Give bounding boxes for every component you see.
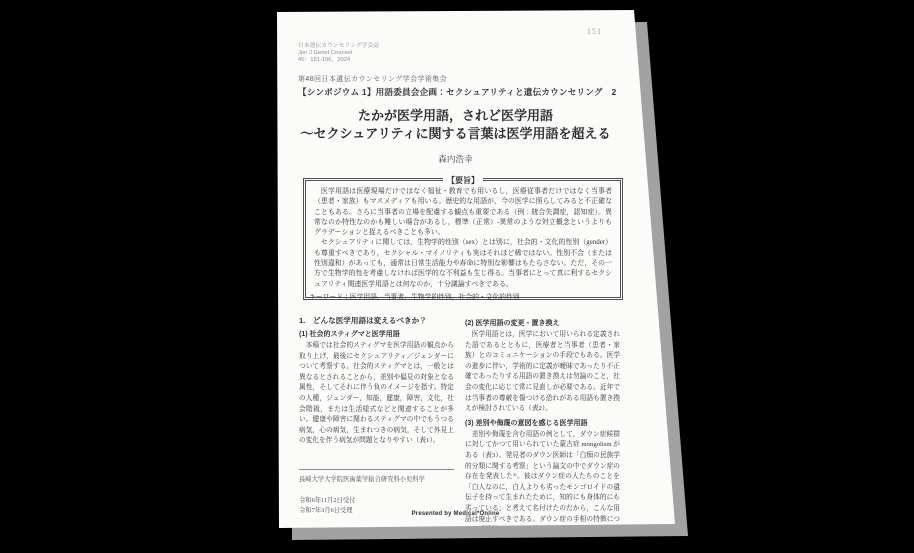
journal-volume-pages: 45：151-156，2024 xyxy=(298,57,379,64)
abstract-label: 【要旨】 xyxy=(443,175,483,186)
keywords-line: キーワード：医学用語，当事者，生物学的性別，社会的・文化的性別 xyxy=(309,291,609,301)
left-column: 1. どんな医学用語は変えるべきか？ (1) 社会的スティグマと医学用語 本稿で… xyxy=(299,315,454,528)
received-date: 令和6年11月2日受付 xyxy=(299,496,454,506)
subsection-heading-3: (3) 差別や侮蔑の意図を感じる医学用語 xyxy=(465,418,620,428)
photo-canvas: { "page": { "number": "151", "footer": "… xyxy=(0,0,914,553)
abstract-paragraph-1: 医学用語は医療現場だけではなく福祉・教育でも用いるし，医療従事者だけではなく当事… xyxy=(314,187,612,238)
abstract-box: 【要旨】 医学用語は医療現場だけではなく福祉・教育でも用いるし，医療従事者だけで… xyxy=(303,178,623,300)
journal-name-en: Jpn J Genet Counsel xyxy=(298,50,379,57)
meeting-name: 第48回日本遺伝カウンセリング学会学術集会 xyxy=(298,74,447,84)
subsection-heading-2: (2) 医学用語の変更・置き換え xyxy=(465,318,620,328)
right-column-paragraph-1: 医学用語とは，医学において用いられる定義された語であるとともに，医療者と当事者（… xyxy=(465,330,620,415)
article-title-line1: たかが医学用語，されど医学用語 xyxy=(277,107,634,125)
affiliation-footnote: 長崎大学大学院医歯薬学総合研究科小児科学 令和6年11月2日受付 令和7年3月6… xyxy=(299,469,454,516)
left-column-paragraph: 本稿では社会的スティグマを医学用語の観点から取り上げ，最後にセクシュアリティ／ジ… xyxy=(299,341,454,447)
right-column: (2) 医学用語の変更・置き換え 医学用語とは，医学において用いられる定義された… xyxy=(465,315,620,528)
page-number: 151 xyxy=(587,27,602,36)
scanned-paper-page: 151 日本遺伝カウンセリング学会誌 Jpn J Genet Counsel 4… xyxy=(277,10,675,528)
subsection-heading-1: (1) 社会的スティグマと医学用語 xyxy=(299,329,454,339)
article-title-line2: ～セクシュアリティに関する言葉は医学用語を超える xyxy=(277,125,634,143)
symposium-session-title: 【シンポジウム 1】用語委員会企画：セクシュアリティと遺伝カウンセリング 2 xyxy=(298,86,616,98)
author-affiliation: 長崎大学大学院医歯薬学総合研究科小児科学 xyxy=(299,475,454,484)
journal-name-jp: 日本遺伝カウンセリング学会誌 xyxy=(298,43,379,50)
section-heading-1: 1. どんな医学用語は変えるべきか？ xyxy=(299,315,454,326)
article-title: たかが医学用語，されど医学用語 ～セクシュアリティに関する言葉は医学用語を超える xyxy=(277,107,634,142)
abstract-paragraph-2: セクシュアリティに関しては，生物学的性別（sex）とは別に，社会的・文化的性別（… xyxy=(314,238,612,289)
two-column-body: 1. どんな医学用語は変えるべきか？ (1) 社会的スティグマと医学用語 本稿で… xyxy=(299,315,621,528)
author-name: 森内浩幸 xyxy=(277,153,634,165)
journal-citation-block: 日本遺伝カウンセリング学会誌 Jpn J Genet Counsel 45：15… xyxy=(298,43,379,65)
medical-online-watermark: Presented by Medical*Online xyxy=(277,511,634,517)
